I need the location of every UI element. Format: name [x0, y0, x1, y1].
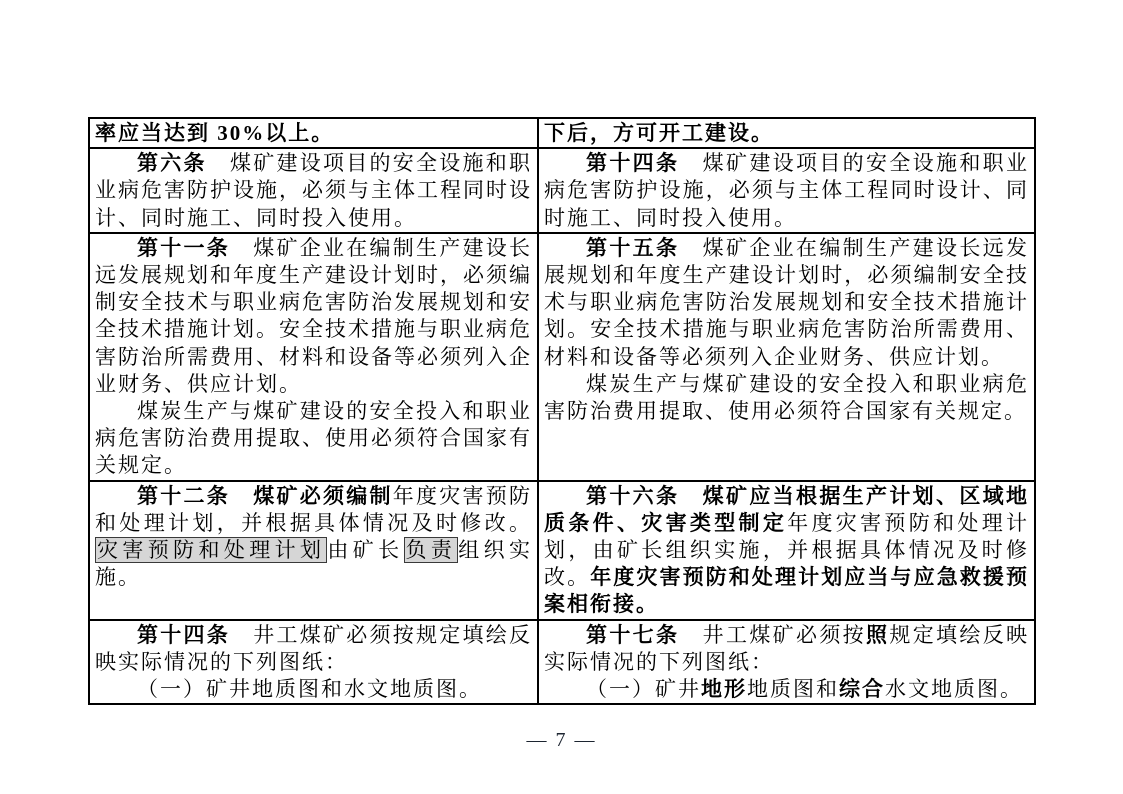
text-run: 照	[866, 623, 889, 647]
revision-highlight: 负责	[404, 537, 459, 563]
cell-article-12: 第十二条 煤矿必须编制年度灾害预防和处理计划，并根据具体情况及时修改。灾害预防和…	[89, 481, 538, 620]
cell-article-14: 第十四条 煤矿建设项目的安全设施和职业病危害防护设施，必须与主体工程同时设计、同…	[538, 148, 1035, 233]
text-run: 煤炭生产与煤矿建设的安全投入和职业病危害防治费用提取、使用必须符合国家有关规定。	[544, 372, 1029, 423]
cell-left-intro-continuation: 率应当达到 30%以上。	[89, 118, 538, 148]
table-row-article-12-16: 第十二条 煤矿必须编制年度灾害预防和处理计划，并根据具体情况及时修改。灾害预防和…	[89, 481, 1035, 620]
text-run: 第十一条	[137, 236, 230, 260]
text-run: 第十二条 煤矿必须编制	[137, 484, 393, 508]
text-run: 第六条	[137, 151, 207, 175]
paragraph: （一）矿井地质图和水文地质图。	[95, 676, 532, 703]
cell-article-11: 第十一条 煤矿企业在编制生产建设长远发展规划和年度生产建设计划时，必须编制安全技…	[89, 233, 538, 481]
paragraph: （一）矿井地形地质图和综合水文地质图。	[544, 676, 1029, 703]
cell-article-14-maps: 第十四条 井工煤矿必须按规定填绘反映实际情况的下列图纸：（一）矿井地质图和水文地…	[89, 620, 538, 705]
paragraph: 煤炭生产与煤矿建设的安全投入和职业病危害防治费用提取、使用必须符合国家有关规定。	[544, 371, 1029, 425]
text-run: （一）矿井地质图和水文地质图。	[137, 677, 482, 701]
text-run: 第十七条	[586, 623, 679, 647]
text-run: 煤炭生产与煤矿建设的安全投入和职业病危害防治费用提取、使用必须符合国家有关规定。	[95, 399, 532, 477]
text-run: 地形	[701, 677, 747, 701]
paragraph: 第十四条 煤矿建设项目的安全设施和职业病危害防护设施，必须与主体工程同时设计、同…	[544, 150, 1029, 232]
text-run: 水文地质图。	[885, 677, 1023, 701]
text-run: 第十四条	[586, 151, 679, 175]
table-row-article-14-17: 第十四条 井工煤矿必须按规定填绘反映实际情况的下列图纸：（一）矿井地质图和水文地…	[89, 620, 1035, 705]
paragraph: 第十二条 煤矿必须编制年度灾害预防和处理计划，并根据具体情况及时修改。灾害预防和…	[95, 483, 532, 592]
cell-article-15: 第十五条 煤矿企业在编制生产建设长远发展规划和年度生产建设计划时，必须编制安全技…	[538, 233, 1035, 481]
text-run: 第十五条	[586, 236, 679, 260]
paragraph: 第十七条 井工煤矿必须按照规定填绘反映实际情况的下列图纸：	[544, 622, 1029, 676]
text-run: 年度灾害预防和处理计划应当与应急救援预案相衔接。	[544, 565, 1029, 616]
text-run: 率应当达到 30%以上。	[95, 121, 334, 145]
text-run: 由矿长	[327, 538, 403, 562]
paragraph: 第十五条 煤矿企业在编制生产建设长远发展规划和年度生产建设计划时，必须编制安全技…	[544, 235, 1029, 371]
text-run: 地质图和	[747, 677, 839, 701]
table-row-article-6-14: 第六条 煤矿建设项目的安全设施和职业病危害防护设施，必须与主体工程同时设计、同时…	[89, 148, 1035, 233]
paragraph: 第六条 煤矿建设项目的安全设施和职业病危害防护设施，必须与主体工程同时设计、同时…	[95, 150, 532, 232]
text-run: 第十四条	[137, 623, 230, 647]
cell-article-16: 第十六条 煤矿应当根据生产计划、区域地质条件、灾害类型制定年度灾害预防和处理计划…	[538, 481, 1035, 620]
paragraph: 煤炭生产与煤矿建设的安全投入和职业病危害防治费用提取、使用必须符合国家有关规定。	[95, 398, 532, 480]
paragraph: 第十六条 煤矿应当根据生产计划、区域地质条件、灾害类型制定年度灾害预防和处理计划…	[544, 483, 1029, 619]
page-number: — 7 —	[0, 729, 1123, 752]
cell-article-17-maps: 第十七条 井工煤矿必须按照规定填绘反映实际情况的下列图纸：（一）矿井地形地质图和…	[538, 620, 1035, 705]
table-row-intro: 率应当达到 30%以上。 下后，方可开工建设。	[89, 118, 1035, 148]
paragraph: 下后，方可开工建设。	[544, 120, 1029, 147]
paragraph: 第十一条 煤矿企业在编制生产建设长远发展规划和年度生产建设计划时，必须编制安全技…	[95, 235, 532, 398]
regulation-comparison-table: 率应当达到 30%以上。 下后，方可开工建设。 第六条 煤矿建设项目的安全设施和…	[88, 117, 1036, 705]
text-run: 第十六条	[586, 484, 679, 508]
revision-highlight: 灾害预防和处理计划	[95, 537, 327, 563]
paragraph: 第十四条 井工煤矿必须按规定填绘反映实际情况的下列图纸：	[95, 622, 532, 676]
text-run: 综合	[839, 677, 885, 701]
text-run: 下后，方可开工建设。	[544, 121, 774, 145]
paragraph: 率应当达到 30%以上。	[95, 120, 532, 147]
cell-right-intro-continuation: 下后，方可开工建设。	[538, 118, 1035, 148]
cell-article-6: 第六条 煤矿建设项目的安全设施和职业病危害防护设施，必须与主体工程同时设计、同时…	[89, 148, 538, 233]
text-run: （一）矿井	[586, 677, 701, 701]
table-row-article-11-15: 第十一条 煤矿企业在编制生产建设长远发展规划和年度生产建设计划时，必须编制安全技…	[89, 233, 1035, 481]
text-run: 井工煤矿必须按	[679, 623, 866, 647]
